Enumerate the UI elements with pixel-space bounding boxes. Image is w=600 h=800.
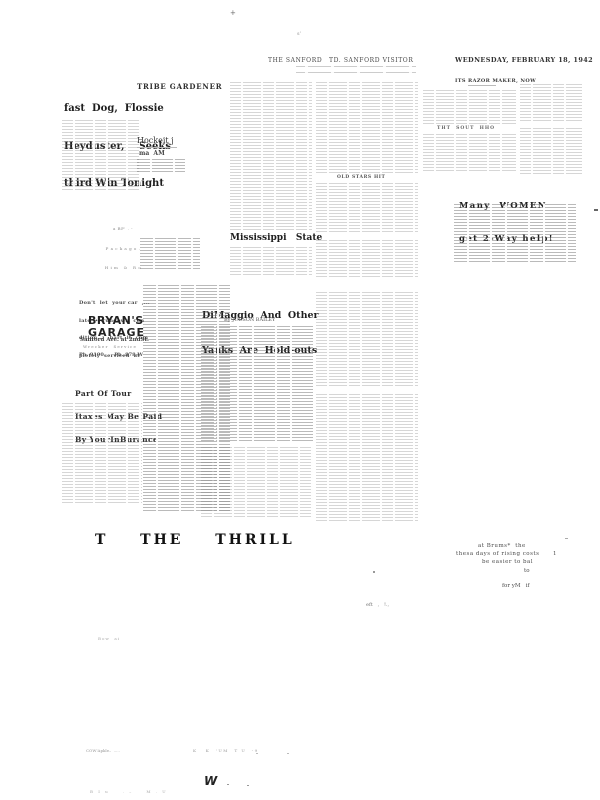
bryans-ad-address: Sanford Ave. at 2ndSt. (80, 337, 149, 343)
illegible-text-block (520, 84, 582, 122)
bottom-fragment: B I u . – M . U (90, 789, 168, 794)
headline-tribe-gardener: TRIBE GARDENER (137, 82, 222, 91)
illegible-text-block (143, 285, 230, 511)
ink-speck-plus: + (230, 9, 236, 17)
ink-speck (227, 784, 229, 785)
ink-speck (256, 753, 258, 754)
bruns-line: be easier to bal (482, 559, 533, 565)
ink-speck-tick: s' (297, 31, 301, 37)
illegible-text-block (140, 238, 200, 270)
illegible-text-block (137, 159, 185, 173)
subhead-right-column: THT SOUT HHO (437, 126, 495, 131)
illegible-text-block (62, 120, 140, 190)
ad-line: Don't let your car ,... (79, 301, 150, 307)
ink-speck (247, 785, 249, 786)
bruns-for-line: for yM if (502, 583, 530, 589)
masthead-center: TD. SANFORD VISITOR (329, 57, 413, 64)
w-mark: W (204, 774, 217, 788)
newspaper-page: + s' THE SANFORD TD. SANFORD VISITOR WED… (0, 0, 600, 800)
illegible-text-block (423, 90, 516, 124)
bruns-line: at Brums* the (478, 543, 526, 549)
bruns-line: to (524, 568, 530, 574)
ink-speck (287, 753, 289, 754)
ink-speck (594, 209, 598, 211)
illegible-text-block (316, 183, 418, 233)
hockeit-ad-sub: ma AM (139, 150, 165, 157)
headline-line: fast Dog, Flossie (64, 103, 171, 116)
footer-fragment-right: K K 'UM T U -9 (193, 748, 259, 753)
divider (137, 147, 177, 148)
ink-speck (565, 538, 568, 539)
ink-speck (373, 571, 375, 573)
illegible-text-block (316, 394, 418, 522)
bow-fragment: Bow ai (98, 636, 120, 641)
headline-mississippi-state: Mississippi State (230, 233, 322, 243)
illegible-text-block (454, 204, 576, 262)
illegible-text-block (423, 134, 516, 172)
illegible-text-block (316, 292, 418, 387)
subhead-old-stars: OLD STARS HIT (337, 175, 385, 180)
illegible-text-block (230, 247, 312, 277)
divider (468, 85, 496, 86)
illegible-text-block (230, 82, 312, 230)
masthead-date: WEDNESDAY, FEBRUARY 18, 1942 (455, 56, 593, 64)
illegible-text-block (62, 403, 142, 503)
illegible-text-block (316, 240, 418, 278)
hockeit-ad-title: Hockeit j (137, 136, 174, 145)
bryans-ad-wrecker: Wrecker Service (83, 344, 137, 349)
fragment-line: a BP' . - (92, 226, 154, 233)
masthead-left: THE SANFORD (268, 57, 322, 64)
byline-dimaggio: By JUDSON BAILEY (224, 317, 275, 323)
bryans-ad-phones: Ph. 9190 Ph. 878-W (79, 352, 143, 358)
bruns-line: thesa days of rising costs 1 (456, 551, 557, 557)
footer-fragment-left: COW'Apkle– ..... (86, 748, 120, 753)
illegible-text-block (520, 128, 582, 174)
eft-fragment: eft , !., (366, 602, 389, 608)
illegible-text-block (316, 82, 418, 174)
illegible-text-block (296, 66, 416, 77)
headline-thrill: T THE THRILL (95, 532, 295, 548)
